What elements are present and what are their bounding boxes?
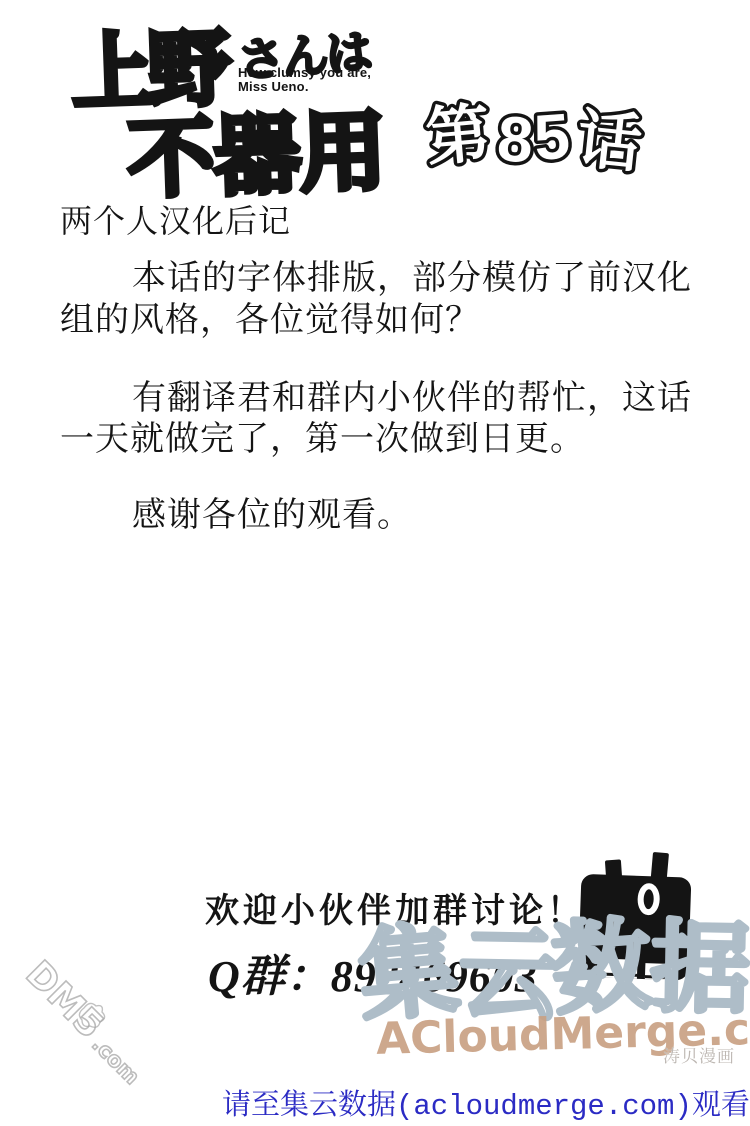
watermark-dm5-main: DM5 — [18, 953, 111, 1046]
afterword-para1-line2: 组的风格，各位觉得如何？ — [60, 292, 480, 341]
watermark-dm5-text: DM5 .com — [18, 953, 155, 1090]
watermark-corner-tag: 涛贝漫画 — [663, 1042, 735, 1067]
watermark-dm5: DM5 .com — [0, 930, 160, 1120]
afterword-para3: 感谢各位的观看。 — [132, 487, 412, 536]
logo-english-line1: How clumsy you are, — [238, 65, 371, 80]
afterword-heading: 两个人汉化后记 — [60, 196, 291, 242]
footer-site-notice: 请至集云数据(acloudmerge.com)观看 — [222, 1082, 750, 1123]
chapter-number-text: 第85话 — [423, 96, 649, 181]
logo-title-bukiyou: 不器用 — [126, 82, 388, 215]
watermark-dm5-tld: .com — [87, 1032, 144, 1089]
manga-afterword-page: 上野 さんは How clumsy you are, Miss Ueno. 不器… — [0, 0, 750, 1126]
afterword-para2-line2: 一天就做完了，第一次做到日更。 — [60, 411, 585, 460]
series-logo: 上野 さんは How clumsy you are, Miss Ueno. 不器… — [0, 0, 420, 190]
chapter-number-bubble: 第85话 — [422, 88, 662, 192]
